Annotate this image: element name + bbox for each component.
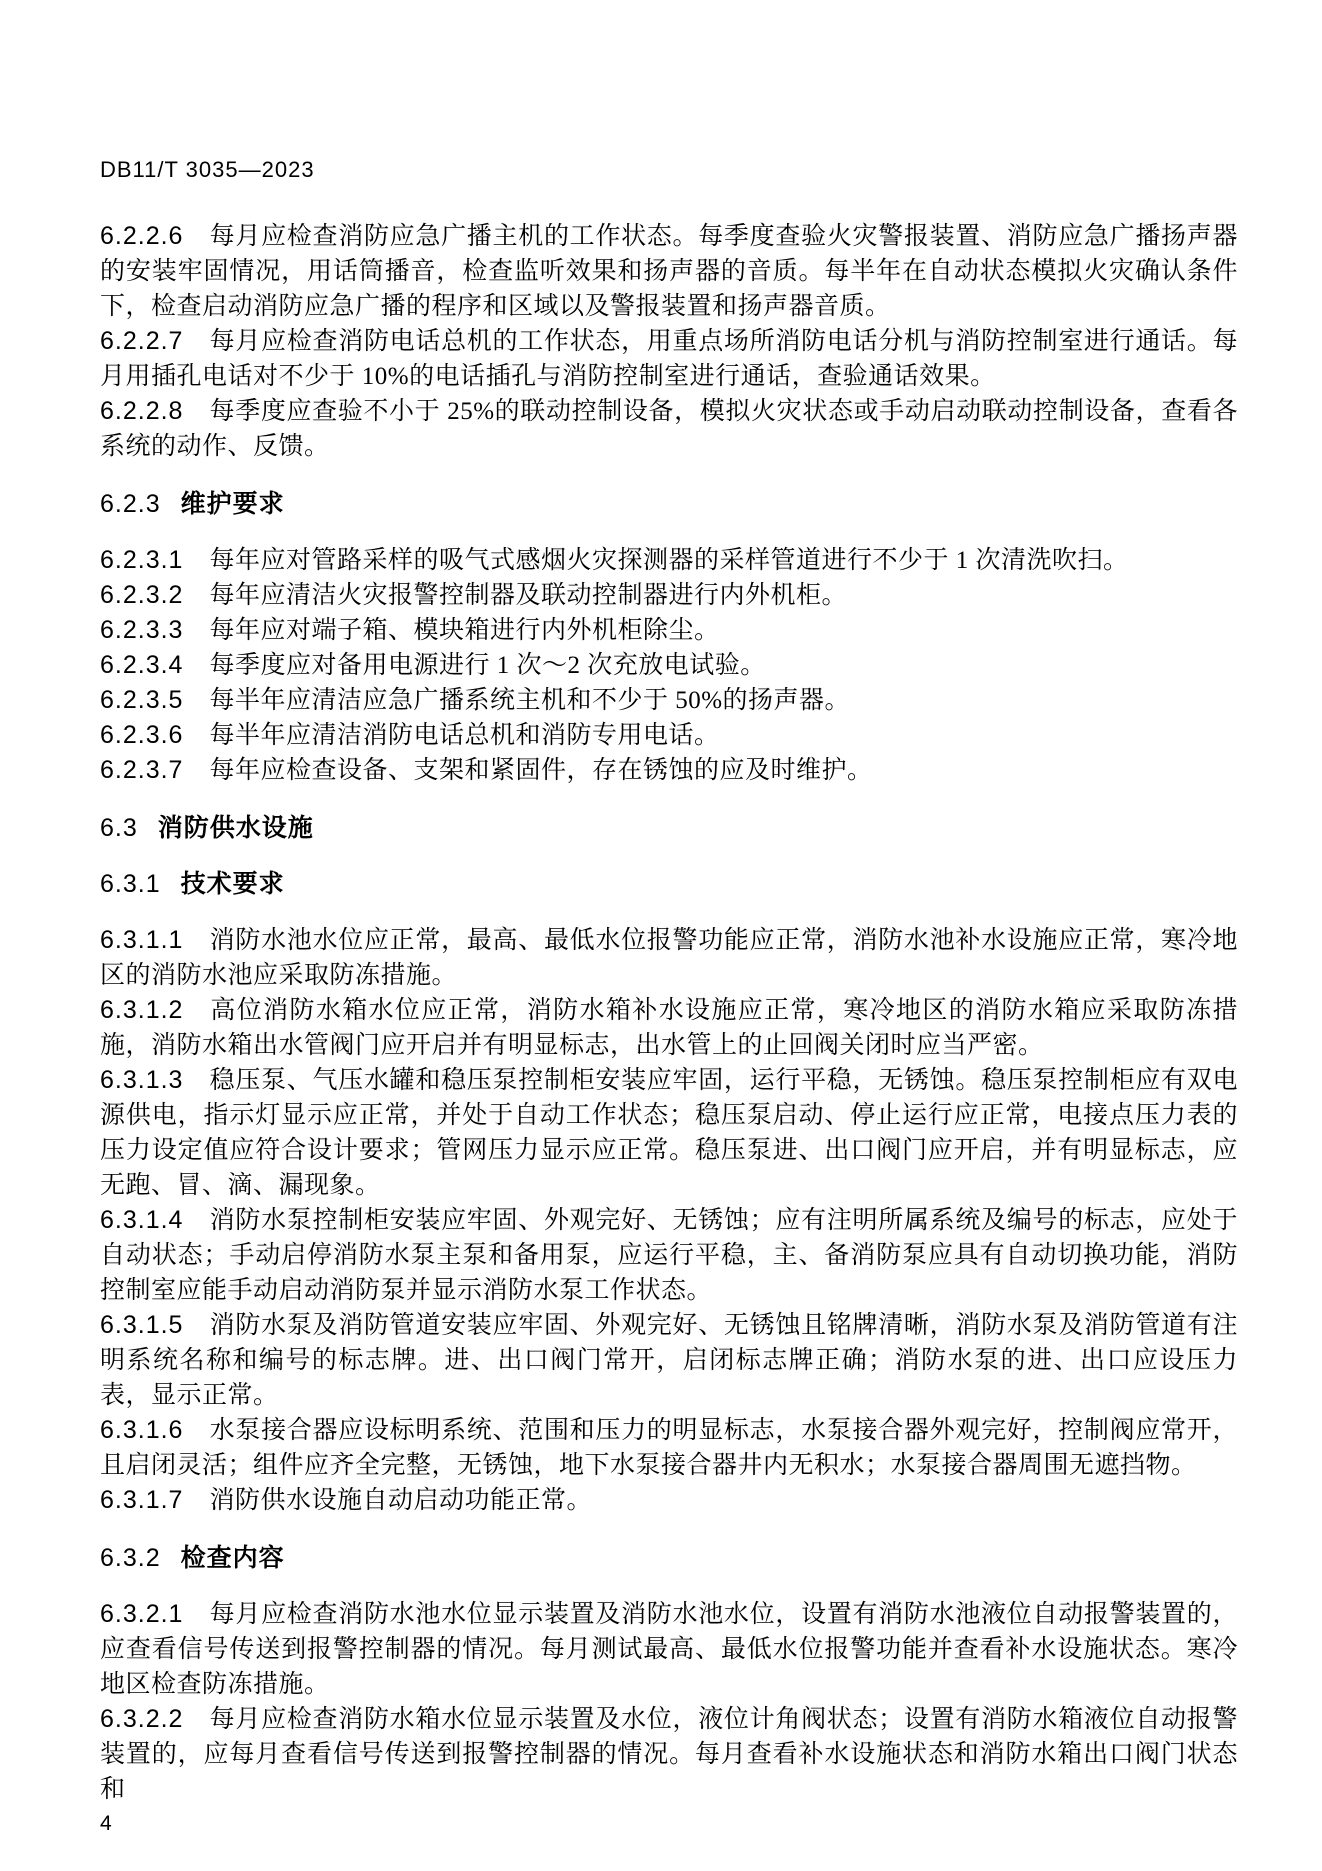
clause-paragraph: 6.3.1.2高位消防水箱水位应正常，消防水箱补水设施应正常，寒冷地区的消防水箱… <box>100 993 1238 1063</box>
clause-text: 每年应对端子箱、模块箱进行内外机柜除尘。 <box>209 617 719 644</box>
section-heading: 6.3.2检查内容 <box>100 1543 1238 1574</box>
clause-number: 6.3 <box>100 814 138 842</box>
clause-number: 6.2.2.7 <box>100 327 183 355</box>
clause-paragraph: 6.2.3.1每年应对管路采样的吸气式感烟火灾探测器的采样管道进行不少于 1 次… <box>100 543 1238 578</box>
document-page: DB11/T 3035—2023 6.2.2.6每月应检查消防应急广播主机的工作… <box>100 158 1238 1837</box>
clause-text: 每年应检查设备、支架和紧固件，存在锈蚀的应及时维护。 <box>209 757 872 784</box>
heading-text: 检查内容 <box>181 1544 285 1572</box>
clause-text: 水泵接合器应设标明系统、范围和压力的明显标志，水泵接合器外观完好，控制阀应常开，… <box>100 1417 1238 1479</box>
clause-number: 6.2.3.2 <box>100 581 183 609</box>
clause-text: 每月应检查消防应急广播主机的工作状态。每季度查验火灾警报装置、消防应急广播扬声器… <box>100 223 1238 320</box>
clause-text: 每季度应查验不小于 25%的联动控制设备，模拟火灾状态或手动启动联动控制设备，查… <box>100 398 1238 460</box>
clause-paragraph: 6.2.3.3每年应对端子箱、模块箱进行内外机柜除尘。 <box>100 613 1238 648</box>
clause-number: 6.2.3.6 <box>100 721 183 749</box>
clause-number: 6.3.1 <box>100 870 161 898</box>
clause-text: 消防供水设施自动启动功能正常。 <box>209 1487 592 1514</box>
clause-paragraph: 6.2.2.7每月应检查消防电话总机的工作状态，用重点场所消防电话分机与消防控制… <box>100 324 1238 394</box>
clause-paragraph: 6.2.3.6每半年应清洁消防电话总机和消防专用电话。 <box>100 718 1238 753</box>
clause-text: 每月应检查消防水池水位显示装置及消防水池水位，设置有消防水池液位自动报警装置的，… <box>100 1601 1238 1698</box>
clause-number: 6.2.3.4 <box>100 651 183 679</box>
clause-text: 每月应检查消防水箱水位显示装置及水位，液位计角阀状态；设置有消防水箱液位自动报警… <box>100 1706 1238 1803</box>
clause-text: 高位消防水箱水位应正常，消防水箱补水设施应正常，寒冷地区的消防水箱应采取防冻措施… <box>100 997 1238 1059</box>
clause-text: 消防水泵及消防管道安装应牢固、外观完好、无锈蚀且铭牌清晰，消防水泵及消防管道有注… <box>100 1312 1238 1409</box>
section-heading: 6.2.3维护要求 <box>100 489 1238 520</box>
clause-paragraph: 6.2.3.7每年应检查设备、支架和紧固件，存在锈蚀的应及时维护。 <box>100 753 1238 788</box>
clause-number: 6.2.3.7 <box>100 756 183 784</box>
clause-number: 6.3.1.3 <box>100 1066 183 1094</box>
section-heading: 6.3.1技术要求 <box>100 869 1238 900</box>
clause-paragraph: 6.3.1.6水泵接合器应设标明系统、范围和压力的明显标志，水泵接合器外观完好，… <box>100 1413 1238 1483</box>
clause-paragraph: 6.2.3.5每半年应清洁应急广播系统主机和不少于 50%的扬声器。 <box>100 683 1238 718</box>
clause-number: 6.3.1.1 <box>100 926 183 954</box>
clause-paragraph: 6.3.1.5消防水泵及消防管道安装应牢固、外观完好、无锈蚀且铭牌清晰，消防水泵… <box>100 1308 1238 1413</box>
clause-number: 6.3.1.6 <box>100 1416 183 1444</box>
document-code-header: DB11/T 3035—2023 <box>100 158 1238 182</box>
clause-text: 每年应清洁火灾报警控制器及联动控制器进行内外机柜。 <box>209 582 847 609</box>
clause-text: 每季度应对备用电源进行 1 次～2 次充放电试验。 <box>209 652 765 679</box>
clause-text: 每年应对管路采样的吸气式感烟火灾探测器的采样管道进行不少于 1 次清洗吹扫。 <box>209 547 1128 574</box>
heading-text: 维护要求 <box>181 490 285 518</box>
document-body: 6.2.2.6每月应检查消防应急广播主机的工作状态。每季度查验火灾警报装置、消防… <box>100 219 1238 1807</box>
heading-text: 技术要求 <box>181 870 285 898</box>
clause-number: 6.3.2.1 <box>100 1600 183 1628</box>
clause-text: 每月应检查消防电话总机的工作状态，用重点场所消防电话分机与消防控制室进行通话。每… <box>100 328 1238 390</box>
clause-number: 6.3.2.2 <box>100 1705 183 1733</box>
clause-number: 6.3.2 <box>100 1544 161 1572</box>
clause-text: 每半年应清洁应急广播系统主机和不少于 50%的扬声器。 <box>209 687 850 714</box>
clause-paragraph: 6.3.2.1每月应检查消防水池水位显示装置及消防水池水位，设置有消防水池液位自… <box>100 1597 1238 1702</box>
clause-number: 6.3.1.5 <box>100 1311 183 1339</box>
clause-number: 6.2.3.1 <box>100 546 183 574</box>
clause-paragraph: 6.3.1.4消防水泵控制柜安装应牢固、外观完好、无锈蚀；应有注明所属系统及编号… <box>100 1203 1238 1308</box>
clause-paragraph: 6.3.2.2每月应检查消防水箱水位显示装置及水位，液位计角阀状态；设置有消防水… <box>100 1702 1238 1807</box>
clause-text: 消防水池水位应正常，最高、最低水位报警功能应正常，消防水池补水设施应正常，寒冷地… <box>100 927 1238 989</box>
clause-paragraph: 6.3.1.7消防供水设施自动启动功能正常。 <box>100 1483 1238 1518</box>
clause-number: 6.2.3 <box>100 490 161 518</box>
clause-number: 6.2.3.5 <box>100 686 183 714</box>
heading-text: 消防供水设施 <box>158 814 314 842</box>
clause-paragraph: 6.2.2.8每季度应查验不小于 25%的联动控制设备，模拟火灾状态或手动启动联… <box>100 394 1238 464</box>
clause-text: 消防水泵控制柜安装应牢固、外观完好、无锈蚀；应有注明所属系统及编号的标志，应处于… <box>100 1207 1238 1304</box>
clause-number: 6.3.1.2 <box>100 996 183 1024</box>
clause-paragraph: 6.3.1.1消防水池水位应正常，最高、最低水位报警功能应正常，消防水池补水设施… <box>100 923 1238 993</box>
section-heading: 6.3消防供水设施 <box>100 813 1238 844</box>
page-number: 4 <box>100 1811 1238 1837</box>
clause-number: 6.3.1.4 <box>100 1206 183 1234</box>
clause-text: 稳压泵、气压水罐和稳压泵控制柜安装应牢固，运行平稳，无锈蚀。稳压泵控制柜应有双电… <box>100 1067 1238 1199</box>
clause-number: 6.2.2.6 <box>100 222 183 250</box>
clause-paragraph: 6.2.3.2每年应清洁火灾报警控制器及联动控制器进行内外机柜。 <box>100 578 1238 613</box>
clause-text: 每半年应清洁消防电话总机和消防专用电话。 <box>209 722 719 749</box>
clause-number: 6.2.2.8 <box>100 397 183 425</box>
clause-paragraph: 6.2.2.6每月应检查消防应急广播主机的工作状态。每季度查验火灾警报装置、消防… <box>100 219 1238 324</box>
clause-paragraph: 6.2.3.4每季度应对备用电源进行 1 次～2 次充放电试验。 <box>100 648 1238 683</box>
clause-number: 6.2.3.3 <box>100 616 183 644</box>
clause-paragraph: 6.3.1.3稳压泵、气压水罐和稳压泵控制柜安装应牢固，运行平稳，无锈蚀。稳压泵… <box>100 1063 1238 1203</box>
clause-number: 6.3.1.7 <box>100 1486 183 1514</box>
